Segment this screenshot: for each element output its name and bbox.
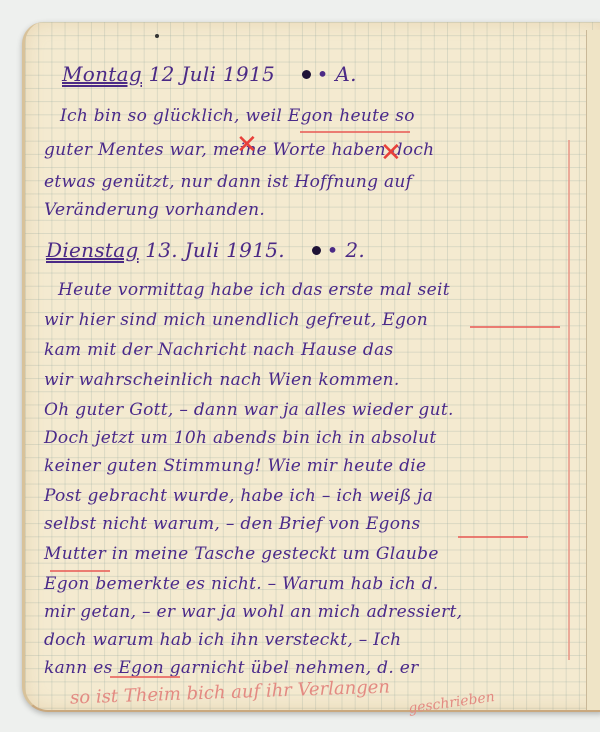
red-margin-line xyxy=(568,140,570,660)
entry-line: Mutter in meine Tasche gesteckt um Glaub… xyxy=(44,544,439,564)
ink-speck xyxy=(155,34,159,38)
entry-line: mir getan, – er war ja wohl an mich adre… xyxy=(44,602,462,622)
entry-line: kann es Egon garnicht übel nehmen, d. er xyxy=(44,658,419,678)
entry-day: Montag xyxy=(62,62,142,86)
entry-heading: Montag 12 Juli 1915 • A. xyxy=(62,62,357,86)
red-underline-mark xyxy=(110,676,180,678)
entry-line: Post gebracht wurde, habe ich – ich weiß… xyxy=(44,486,433,506)
entry-line: wir hier sind mich unendlich gefreut, Eg… xyxy=(44,310,428,330)
entry-day: Dienstag xyxy=(46,238,139,262)
entry-line: doch warum hab ich ihn versteckt, – Ich xyxy=(44,630,401,650)
entry-line: Heute vormittag habe ich das erste mal s… xyxy=(58,280,450,300)
entry-line: Veränderung vorhanden. xyxy=(44,200,265,220)
entry-date: 12 Juli 1915 xyxy=(149,62,275,86)
entry-line: etwas genützt, nur dann ist Hoffnung auf xyxy=(44,172,412,192)
red-x-mark: ✕ xyxy=(380,138,402,168)
bullet-icon xyxy=(302,70,311,79)
entry-line: Doch jetzt um 10h abends bin ich in abso… xyxy=(44,428,436,448)
red-x-mark: ✕ xyxy=(236,130,258,160)
entry-line: Egon bemerkte es nicht. – Warum hab ich … xyxy=(44,574,439,594)
red-underline-mark xyxy=(50,570,110,572)
entry-marker: • 2. xyxy=(327,238,365,262)
entry-line: selbst nicht warum, – den Brief von Egon… xyxy=(44,514,421,534)
entry-line: Oh guter Gott, – dann war ja alles wiede… xyxy=(44,400,454,420)
entry-marker: • A. xyxy=(317,62,357,86)
entry-line: kam mit der Nachricht nach Hause das xyxy=(44,340,394,360)
red-underline-mark xyxy=(300,131,410,133)
entry-line: wir wahrscheinlich nach Wien kommen. xyxy=(44,370,400,390)
entry-line: keiner guten Stimmung! Wie mir heute die xyxy=(44,456,426,476)
red-underline-mark xyxy=(458,536,528,538)
next-page-edge xyxy=(586,30,600,710)
entry-line: Ich bin so glücklich, weil Egon heute so xyxy=(60,106,415,126)
entry-heading: Dienstag 13. Juli 1915. • 2. xyxy=(46,238,365,262)
bullet-icon xyxy=(312,246,321,255)
entry-date: 13. Juli 1915. xyxy=(145,238,285,262)
red-underline-mark xyxy=(470,326,560,328)
